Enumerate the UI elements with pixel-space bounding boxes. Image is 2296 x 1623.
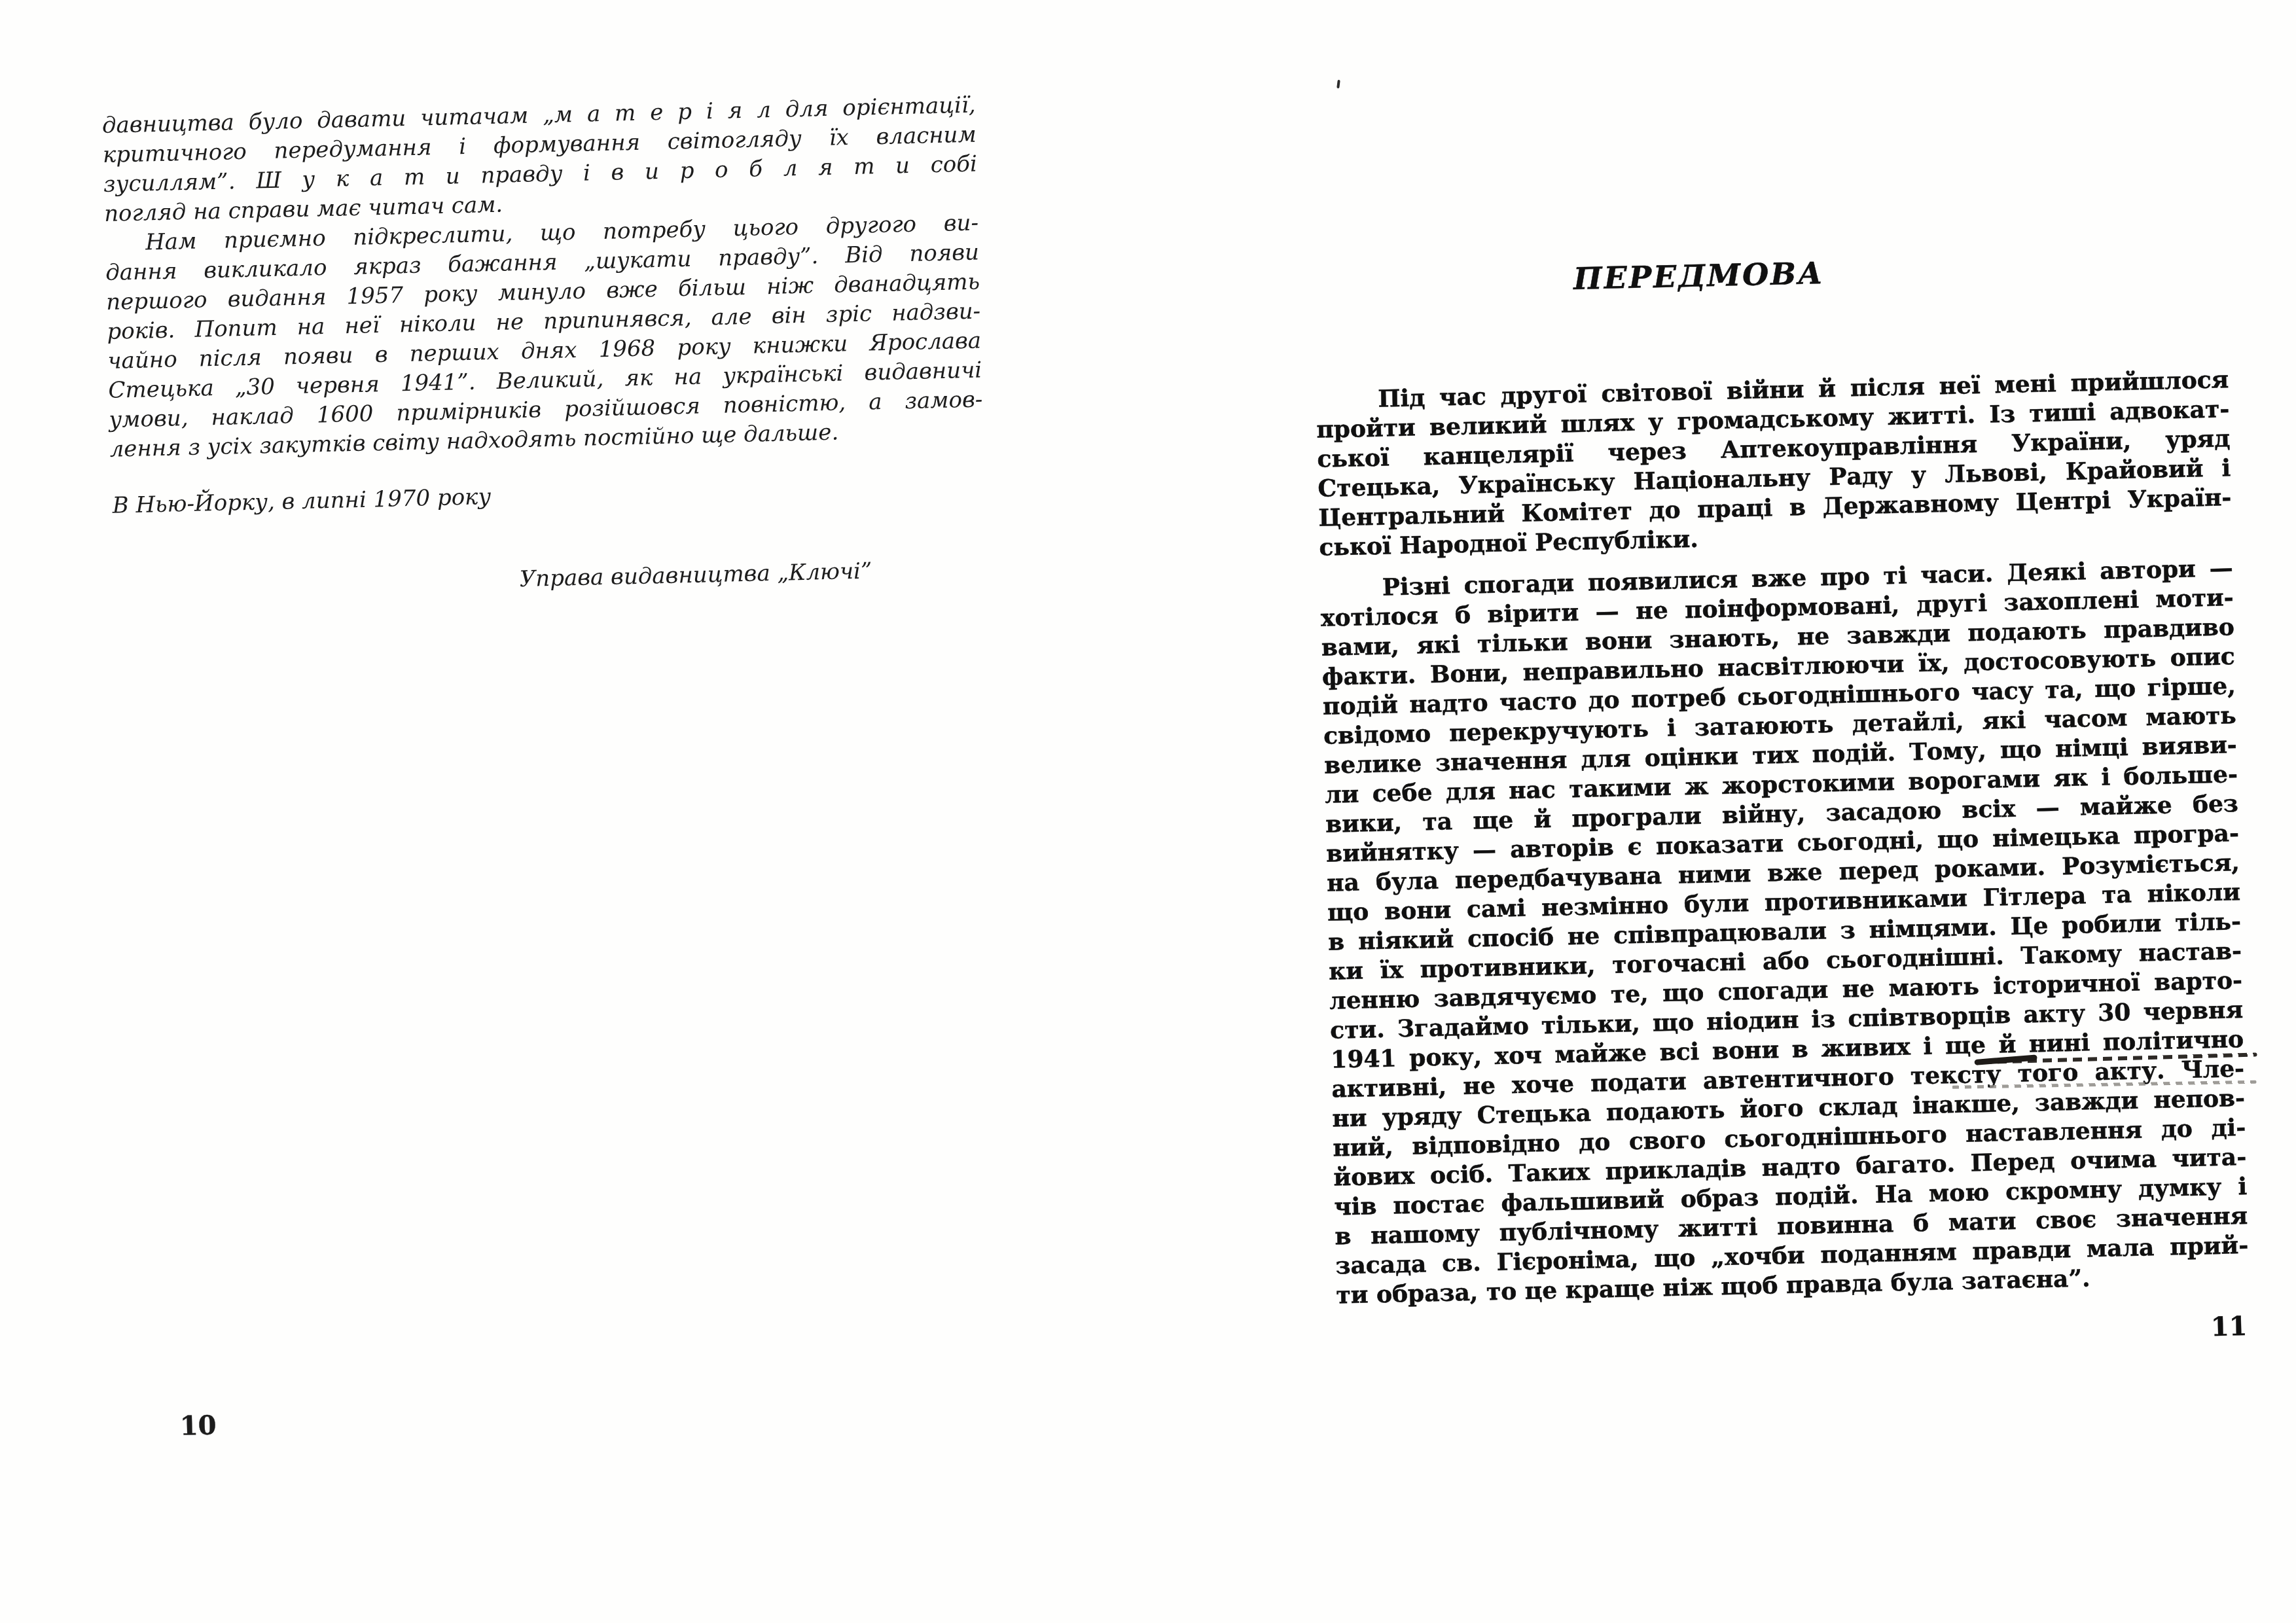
page-number-left: 10: [179, 1410, 217, 1441]
right-paragraph-2: Різні спогади появилися вже про ті часи.…: [1320, 554, 2250, 1310]
book-scan-spread: давництва було давати читачам „м а т е р…: [0, 0, 2296, 1623]
scan-speck: [1336, 80, 1340, 88]
publisher-signature: Управа видавництва „Ключі”: [113, 558, 872, 601]
right-paragraph-1: Під час другої світової війни й після не…: [1316, 365, 2233, 563]
left-paragraph-2: Нам приємно підкреслити, що потребу цьог…: [105, 208, 984, 464]
page-number-right: 11: [2210, 1311, 2248, 1342]
dateline: В Нью-Йорку, в липні 1970 року: [112, 484, 491, 519]
left-paragraph-continuation: давництва було давати читачам „м а т е р…: [101, 91, 978, 229]
page-right: ПЕРЕДМОВА Під час другої світової війни …: [1309, 77, 2253, 1472]
chapter-heading: ПЕРЕДМОВА: [1242, 248, 2156, 304]
page-left: давництва було давати читачам „м а т е р…: [101, 78, 1009, 1538]
